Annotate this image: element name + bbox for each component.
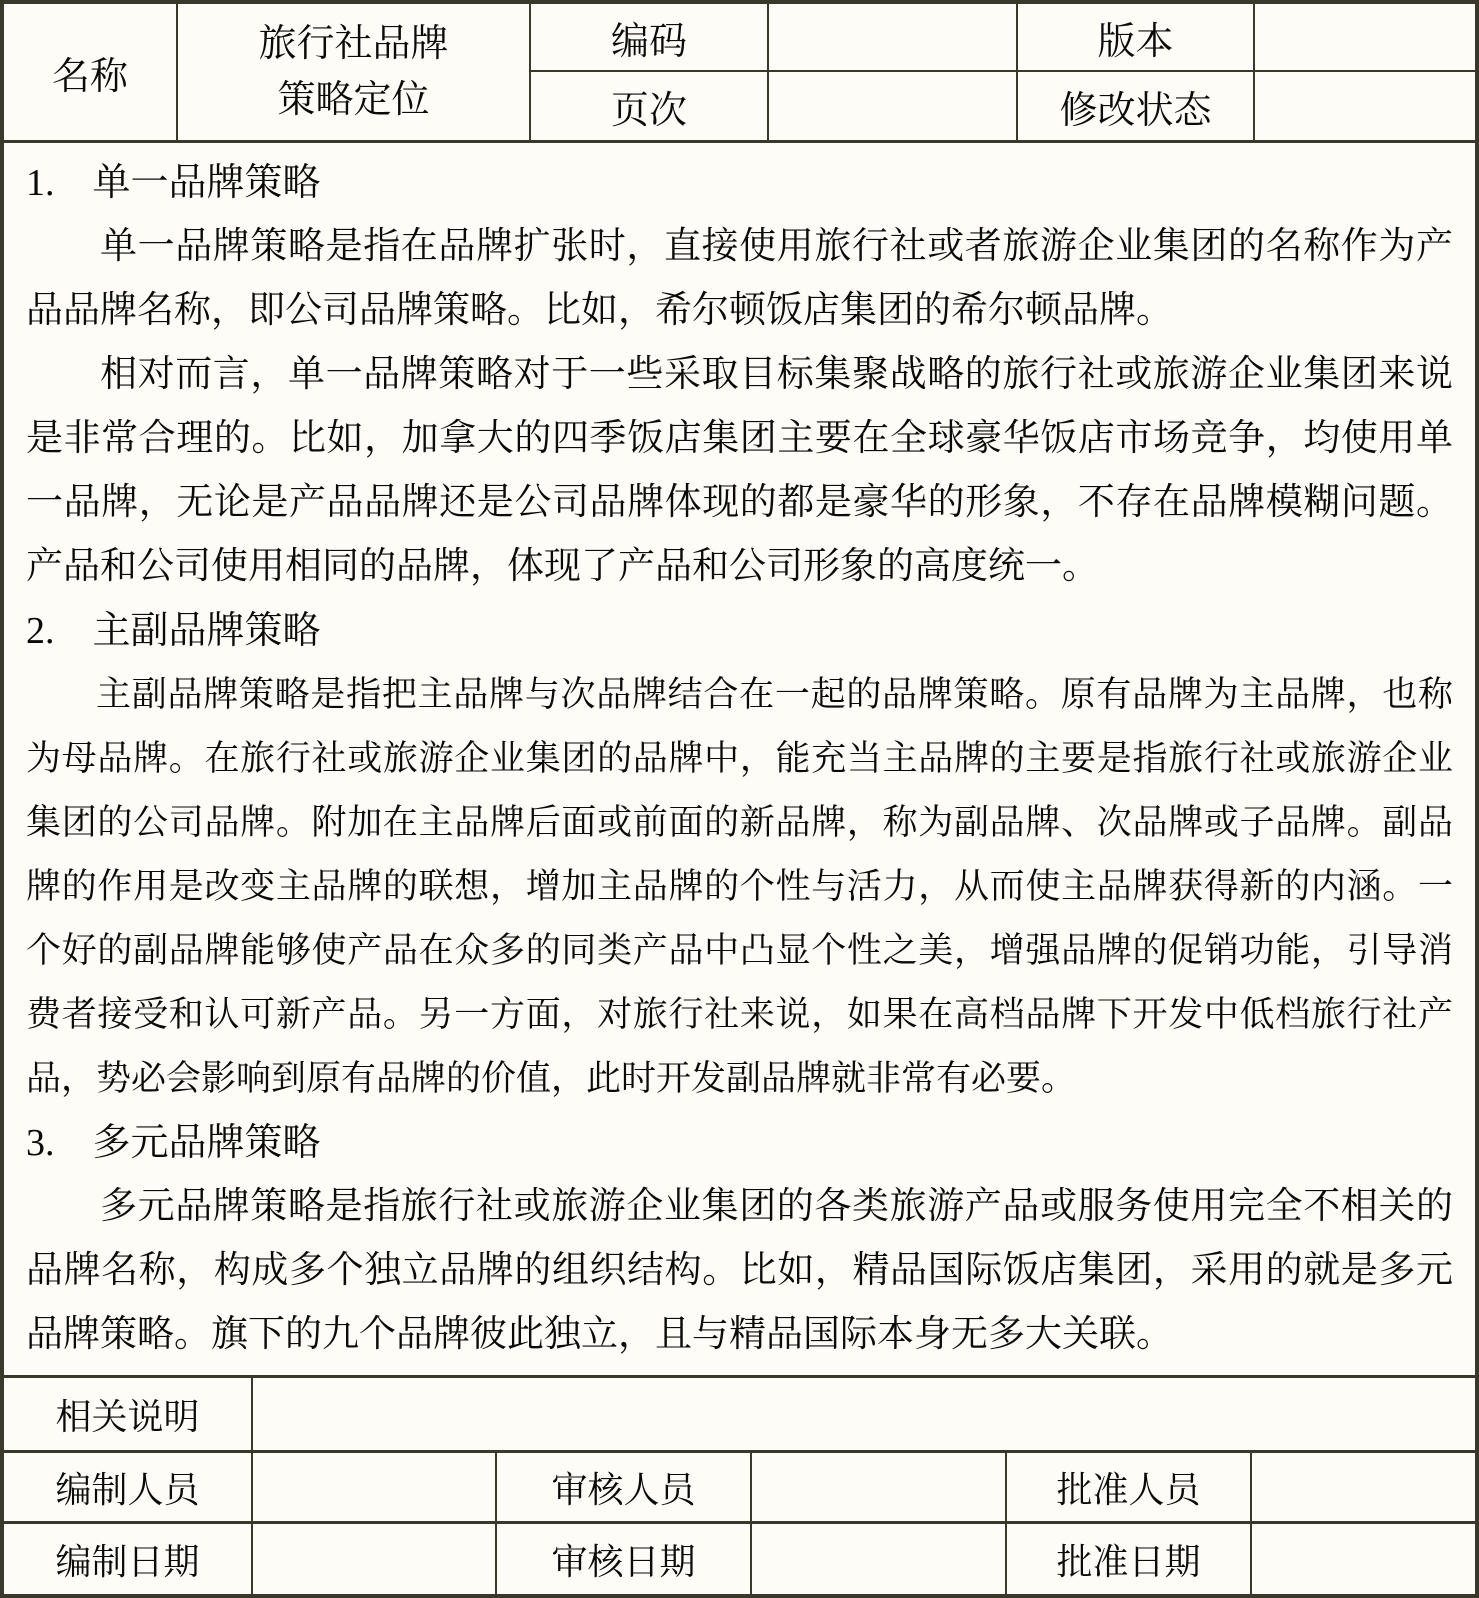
document-body: 1. 单一品牌策略 单一品牌策略是指在品牌扩张时，直接使用旅行社或者旅游企业集团… [4,143,1475,1378]
notes-value-cell [253,1378,1475,1450]
approved-by-label: 批准人员 [1056,1462,1200,1513]
header-table: 名称 旅行社品牌 策略定位 编码 版本 页次 修改状态 [4,4,1475,143]
footer-dates-row: 编制日期 审核日期 批准日期 [4,1524,1475,1594]
reviewed-date-value-cell [752,1524,1007,1594]
revision-label-cell: 修改状态 [1018,72,1255,140]
reviewed-by-label: 审核人员 [551,1462,695,1513]
page-value-cell [769,72,1018,140]
reviewed-date-label-cell: 审核日期 [497,1524,752,1594]
document-page: 名称 旅行社品牌 策略定位 编码 版本 页次 修改状态 [0,0,1479,1598]
revision-value-cell [1255,72,1475,140]
prepared-date-label: 编制日期 [55,1534,199,1585]
code-label-cell: 编码 [531,4,769,72]
approved-by-value-cell [1252,1453,1475,1521]
section-1-paragraph-1: 单一品牌策略是指在品牌扩张时，直接使用旅行社或者旅游企业集团的名称作为产品品牌名… [26,215,1453,343]
notes-label-cell: 相关说明 [4,1378,253,1450]
version-value-cell [1255,4,1475,72]
footer-personnel-row: 编制人员 审核人员 批准人员 [4,1453,1475,1524]
approved-date-label: 批准日期 [1056,1534,1200,1585]
doc-title-line1: 旅行社品牌 [258,16,448,72]
prepared-by-label: 编制人员 [55,1462,199,1513]
prepared-by-value-cell [253,1453,497,1521]
section-2-heading: 2. 主副品牌策略 [26,599,1453,663]
version-label-cell: 版本 [1018,4,1255,72]
code-value-cell [769,4,1018,72]
reviewed-by-label-cell: 审核人员 [497,1453,752,1521]
notes-label: 相关说明 [55,1389,199,1440]
reviewed-by-value-cell [752,1453,1007,1521]
section-2-paragraph-1: 主副品牌策略是指把主品牌与次品牌结合在一起的品牌策略。原有品牌为主品牌，也称为母… [26,663,1453,1111]
section-3-paragraph-1: 多元品牌策略是指旅行社或旅游企业集团的各类旅游产品或服务使用完全不相关的品牌名称… [26,1175,1453,1367]
code-label: 编码 [611,10,687,65]
reviewed-date-label: 审核日期 [551,1534,695,1585]
prepared-date-label-cell: 编制日期 [4,1524,253,1594]
revision-label: 修改状态 [1059,79,1211,134]
section-3-heading: 3. 多元品牌策略 [26,1111,1453,1175]
page-label: 页次 [611,79,687,134]
doc-title-cell: 旅行社品牌 策略定位 [178,4,531,140]
doc-title-line2: 策略定位 [277,72,429,128]
page-label-cell: 页次 [531,72,769,140]
prepared-by-label-cell: 编制人员 [4,1453,253,1521]
section-1-heading: 1. 单一品牌策略 [26,151,1453,215]
footer-notes-row: 相关说明 [4,1378,1475,1453]
approved-date-value-cell [1252,1524,1475,1594]
section-1-paragraph-2: 相对而言，单一品牌策略对于一些采取目标集聚战略的旅行社或旅游企业集团来说是非常合… [26,343,1453,599]
name-label-cell: 名称 [4,4,178,140]
version-label: 版本 [1097,10,1173,65]
approved-by-label-cell: 批准人员 [1007,1453,1252,1521]
prepared-date-value-cell [253,1524,497,1594]
approved-date-label-cell: 批准日期 [1007,1524,1252,1594]
name-label: 名称 [52,45,128,100]
